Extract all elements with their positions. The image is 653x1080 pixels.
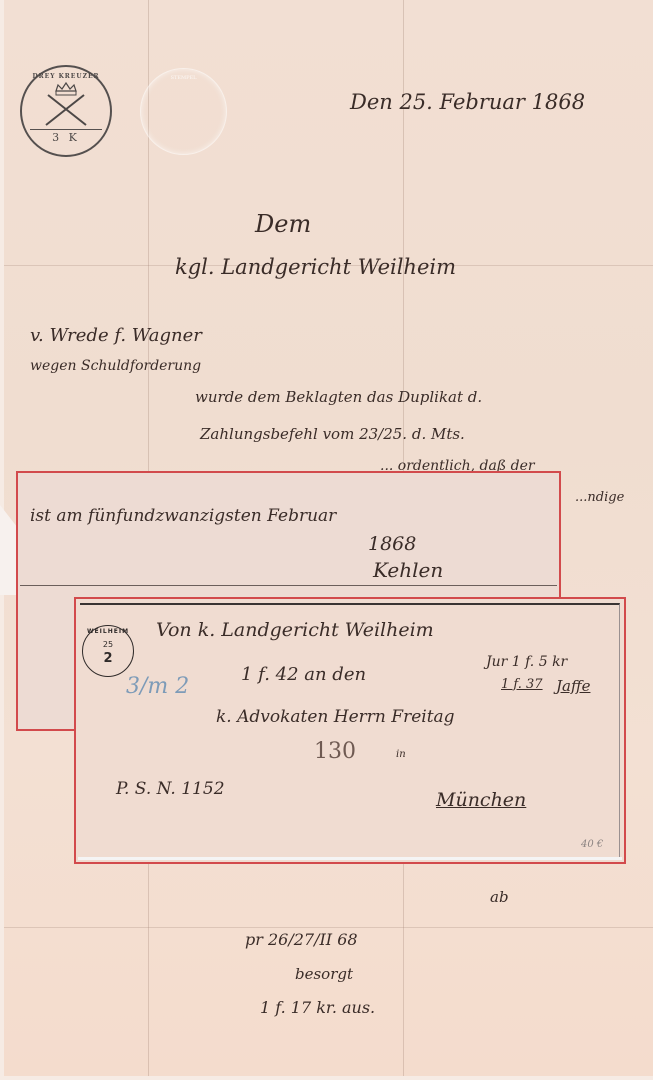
bottom-note-right: ab xyxy=(490,888,509,906)
inset2-fee-mark: Jaffe xyxy=(556,677,590,695)
inset1-line-1: ist am fünfundzwanzigsten Februar xyxy=(30,506,336,526)
body-line-3-right: ...ndige xyxy=(575,490,624,505)
postmark-day: 25 xyxy=(83,640,133,649)
postmark-town: WEILHEIM xyxy=(83,628,133,635)
case-line-2: wegen Schuldforderung xyxy=(30,358,201,374)
inset1-year: 1868 xyxy=(368,533,416,555)
crown-crossed-swords-icon xyxy=(38,81,94,127)
inset2-line-3: k. Advokaten Herrn Freitag xyxy=(216,707,455,727)
stamp-divider xyxy=(30,129,102,130)
body-line-2: Zahlungsbefehl vom 23/25. d. Mts. xyxy=(200,425,465,443)
case-line-1: v. Wrede f. Wagner xyxy=(30,325,202,346)
bottom-note-1: pr 26/27/II 68 xyxy=(245,930,358,949)
inset2-city: München xyxy=(436,789,526,811)
bottom-note-2: besorgt xyxy=(295,965,353,983)
paper-edge xyxy=(78,857,622,860)
seal-label: STEMPEL xyxy=(141,75,226,81)
inset2-inner-border xyxy=(80,603,620,858)
bottom-note-3: 1 f. 17 kr. aus. xyxy=(260,998,375,1017)
inset2-line-2: 1 f. 42 an den xyxy=(241,664,366,685)
inset1-signature: Kehlen xyxy=(373,558,443,582)
fold-line xyxy=(4,927,653,928)
inset2-line-4: 130 xyxy=(314,739,356,764)
inset2-ref: P. S. N. 1152 xyxy=(116,779,225,799)
stamp-arc-text: DREY KREUZER xyxy=(22,73,110,80)
inset2-fee-1: Jur 1 f. 5 kr xyxy=(486,654,567,670)
weilheim-postmark: WEILHEIM 25 2 xyxy=(82,625,134,677)
stamp-value: 3 K xyxy=(22,131,110,144)
addressee: kgl. Landgericht Weilheim xyxy=(175,255,456,279)
dateline: Den 25. Februar 1868 xyxy=(350,90,585,114)
body-line-1: wurde dem Beklagten das Duplikat d. xyxy=(195,388,482,406)
tear-line xyxy=(20,585,557,586)
inset2-in: in xyxy=(396,749,406,760)
inset2-line-1: Von k. Landgericht Weilheim xyxy=(156,619,434,641)
postage-stamp-impression: DREY KREUZER 3 K xyxy=(20,65,112,157)
inset2-fee-2: 1 f. 37 xyxy=(501,677,543,692)
pencil-price: 40 € xyxy=(581,839,603,850)
postmark-month: 2 xyxy=(83,651,133,666)
salutation: Dem xyxy=(255,210,311,238)
embossed-seal: STEMPEL xyxy=(140,68,227,155)
blue-pencil-mark: 3/m 2 xyxy=(126,674,189,699)
inset-detail-2: WEILHEIM 25 2 Von k. Landgericht Weilhei… xyxy=(74,597,626,864)
